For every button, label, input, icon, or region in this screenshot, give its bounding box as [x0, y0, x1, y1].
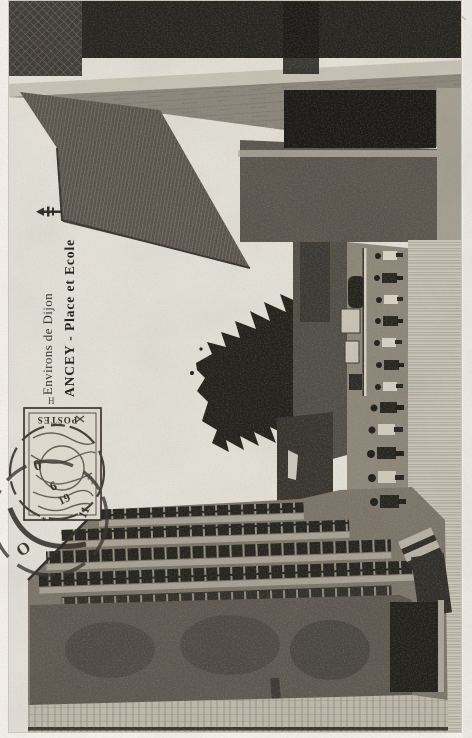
card-right-edge: [463, 0, 472, 738]
caption-title: ANCEY - Place et Ecole: [62, 239, 77, 397]
postmark-star: *: [41, 515, 47, 527]
postcard-scan: Environs de Dijon ANCEY - Place et Ecole…: [0, 0, 472, 738]
postcard-graphic: Environs de Dijon ANCEY - Place et Ecole…: [0, 0, 472, 738]
handwritten-mark: H: [48, 396, 55, 406]
caption-series: Environs de Dijon: [40, 293, 55, 395]
stamp-postes-label: POSTES: [37, 415, 78, 425]
